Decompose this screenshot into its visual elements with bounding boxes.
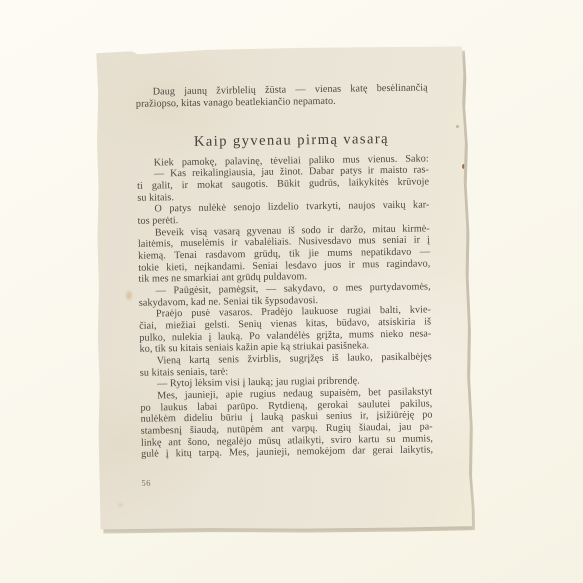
book-page: Daug jaunų žvirblelių žūsta — vienas kat… <box>94 45 474 531</box>
body-text: Kiek pamokę, palavinę, tėveliai paliko m… <box>137 153 433 460</box>
page-content: Daug jaunų žvirblelių žūsta — vienas kat… <box>136 82 434 487</box>
paper-stain <box>118 503 123 507</box>
photo-background: Daug jaunų žvirblelių žūsta — vienas kat… <box>0 0 583 583</box>
page-number: 56 <box>141 473 433 487</box>
chapter-title: Kaip gyvenau pirmą vasarą <box>145 130 437 151</box>
intro-paragraph: Daug jaunų žvirblelių žūsta — vienas kat… <box>136 82 428 111</box>
paper-stain <box>126 291 132 300</box>
foxing-spot <box>456 125 459 128</box>
